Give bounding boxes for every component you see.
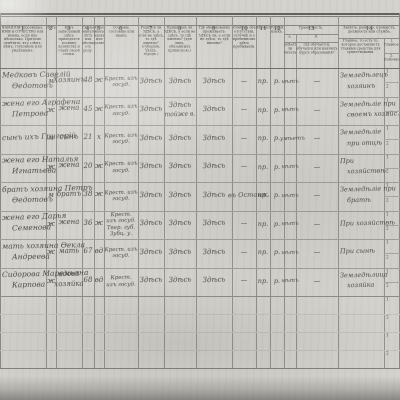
handwritten-occupation: При (340, 157, 354, 164)
column-header-c3: Какъ записанный здѣсь приходится хозяину… (56, 25, 82, 69)
grid-line-horizontal (0, 296, 400, 297)
row-sub-number: 2 (386, 169, 389, 174)
handwritten-occupation: хозяйка (347, 282, 375, 290)
column-header-c10-text: Отмѣтка объ отсутствіи, отлучкѣ и о врем… (232, 26, 256, 49)
column-number-5: 5 (94, 17, 104, 25)
column-header-literacy-b-text: гдѣ обучается, обучался или кончилъ курс… (296, 43, 338, 54)
table-row: Сидорова МаремьянаКарповажвдовахозяйка68… (0, 268, 400, 297)
row-sub-number: 1 (386, 126, 389, 131)
column-header-c5: Холостъ, женатъ, вдовъ или разведенъ. (94, 25, 104, 69)
column-header-c6: Сословіе, состояніе или званіе. (104, 25, 138, 69)
column-header-c2: Полъ. (46, 25, 56, 69)
column-header-occupation-main: Главное, то есть то, которое доставляетъ… (338, 38, 384, 69)
grid-line-horizontal (0, 368, 400, 369)
handwritten-schooling: — (292, 191, 342, 199)
column-header-literacy-b-label-text: б. (296, 35, 338, 39)
row-sub-number: 2 (386, 198, 389, 203)
column-header-c9-text: Гдѣ обыкновенно проживаетъ: ЗДѢСЬ ли, а … (196, 26, 232, 45)
column-number-10: 10 (232, 17, 256, 25)
column-header-occupation-sub1-text: 1. Главное. (384, 39, 400, 47)
column-header-occupation-sub2-text: 2. Побочное. (384, 54, 400, 62)
column-header-c2-text: Полъ. (46, 26, 56, 30)
handwritten-occupation: при отцѣ (347, 139, 382, 147)
column-header-c12: Родной языкъ. (270, 25, 284, 69)
row-sub-number: 1 (386, 69, 389, 74)
column-header-literacy-title-text: Грамотность. (284, 26, 338, 30)
row-sub-number: 1 (386, 333, 389, 338)
row-sub-number: 1 (386, 155, 389, 160)
handwritten-name: Карпова (12, 281, 45, 290)
column-number-9: 9 (196, 17, 232, 25)
row-sub-number: 2 (386, 315, 389, 320)
row-sub-number: 2 (386, 226, 389, 231)
column-number-12: 12 (270, 17, 284, 25)
handwritten-schooling: — (292, 248, 342, 256)
column-header-occupation-sub2: 2. Побочное. (384, 53, 400, 69)
row-sub-number: 2 (386, 84, 389, 89)
column-header-c1: ФАМИЛІЯ (прозвище), ИМЯ и ОТЧЕСТВО или и… (0, 25, 46, 69)
handwritten-schooling: — (292, 106, 342, 114)
column-number-4: 4 (82, 17, 94, 25)
row-sub-number: 1 (386, 183, 389, 188)
row-sub-number: 2 (386, 141, 389, 146)
handwritten-occupation: хозяинъ (347, 82, 375, 90)
column-header-c11: Вѣроисповѣданіе. (256, 25, 270, 69)
row-sub-number: 2 (386, 283, 389, 288)
column-header-occupation-title: Занятіе, ремесло, промыслъ, должность ил… (338, 25, 400, 39)
row-sub-number: 1 (386, 98, 389, 103)
column-header-literacy-a-text: умѣетъ ли читать? (284, 43, 296, 54)
table-row: сынъ ихъ Григоріймсынъ21хКрест. изъгосуд… (0, 125, 400, 154)
grid-line-horizontal (0, 350, 400, 351)
handwritten-schooling: — (292, 163, 342, 171)
grid-line-horizontal (0, 332, 400, 333)
row-sub-number: 2 (386, 351, 389, 356)
grid-line-horizontal (0, 314, 400, 315)
row-sub-number: 1 (386, 212, 389, 217)
column-header-c11-text: Вѣроисповѣданіе. (256, 26, 270, 30)
column-number-13: 13 (284, 17, 338, 25)
handwritten-occupation: своемъ хозяйс. (347, 110, 399, 118)
row-sub-number: 1 (386, 269, 389, 274)
handwritten-occupation: Земледѣліе (340, 129, 381, 137)
handwritten-schooling: — (292, 220, 342, 228)
table-row: Медковъ СавелійѲедотовъмХозяинъ48жКрест.… (0, 68, 400, 97)
column-number-1: 1 (0, 17, 46, 25)
row-sub-number: 2 (386, 112, 389, 117)
table-row: мать хозяина ѲеклаАндрееважмать67вдКрест… (0, 239, 400, 268)
scanned-census-page: 1234567891011121314ФАМИЛІЯ (прозвище), И… (0, 0, 400, 400)
handwritten-occupation: хозяйствѣ (347, 168, 386, 176)
handwritten-schooling: — (292, 277, 342, 285)
row-sub-number: 1 (386, 240, 389, 245)
row-sub-number: 2 (386, 255, 389, 260)
census-table: 1234567891011121314ФАМИЛІЯ (прозвище), И… (0, 0, 400, 400)
column-header-occupation-sub1: 1. Главное. (384, 38, 400, 54)
column-header-c6-text: Сословіе, состояніе или званіе. (104, 26, 138, 37)
handwritten-schooling: — (292, 134, 342, 142)
column-header-literacy-a-label-text: а. (284, 35, 296, 39)
table-row: жена его ДарьяСеменоважжена36жКрест.изъ … (0, 211, 400, 240)
column-header-c4-text: Сколько минуло лѣтъ или мѣсяцевъ отъ род… (82, 26, 94, 53)
column-header-literacy-b: гдѣ обучается, обучался или кончилъ курс… (296, 42, 338, 69)
handwritten-estate: Зубц. у. (100, 231, 142, 238)
column-header-c8-text: Приписанъ ли ЗДѢСЬ, а если не здѣсь, то … (164, 26, 196, 53)
column-header-c8: Приписанъ ли ЗДѢСЬ, а если не здѣсь, то … (164, 25, 196, 69)
column-number-3: 3 (56, 17, 82, 25)
grid-line-horizontal (0, 13, 400, 15)
column-header-literacy-a: умѣетъ ли читать? (284, 42, 296, 69)
table-row: жена его НатальяИгнатьеважжена20жКрест. … (0, 154, 400, 183)
column-header-c5-text: Холостъ, женатъ, вдовъ или разведенъ. (94, 26, 104, 45)
column-number-14: 14 (338, 17, 400, 25)
handwritten-occupation: братѣ (347, 196, 371, 204)
column-header-c1-text: ФАМИЛІЯ (прозвище), ИМЯ и ОТЧЕСТВО или и… (0, 26, 46, 53)
column-number-6: 6 (104, 17, 138, 25)
column-number-2: 2 (46, 17, 56, 25)
handwritten-schooling: — (292, 77, 342, 85)
column-header-occupation-title-text: Занятіе, ремесло, промыслъ, должность ил… (338, 26, 400, 34)
column-header-occupation-main-text: Главное, то есть то, которое доставляетъ… (338, 39, 384, 54)
column-header-c7-text: Родился ли ЗДѢСЬ, а если не здѣсь, то гд… (138, 26, 164, 57)
column-header-c9: Гдѣ обыкновенно проживаетъ: ЗДѢСЬ ли, а … (196, 25, 232, 69)
column-number-8: 8 (164, 17, 196, 25)
column-header-c12-text: Родной языкъ. (270, 26, 284, 34)
column-number-7: 7 (138, 17, 164, 25)
row-sub-number: 1 (386, 297, 389, 302)
table-row: братъ хозяина ПетръѲедотовъмбратъ38жКрес… (0, 182, 400, 211)
column-header-c10: Отмѣтка объ отсутствіи, отлучкѣ и о врем… (232, 25, 256, 69)
column-header-c4: Сколько минуло лѣтъ или мѣсяцевъ отъ род… (82, 25, 94, 69)
handwritten-occupation: Земледѣлица (340, 271, 388, 279)
table-row: жена его АграфенаПетроважжена45жКрест. и… (0, 97, 400, 126)
handwritten-occupation: При сынѣ (340, 248, 375, 256)
column-header-c3-text: Какъ записанный здѣсь приходится хозяину… (56, 26, 82, 57)
handwritten-occupation: Земледѣлецъ (340, 71, 388, 79)
column-number-11: 11 (256, 17, 270, 25)
column-header-c7: Родился ли ЗДѢСЬ, а если не здѣсь, то гд… (138, 25, 164, 69)
